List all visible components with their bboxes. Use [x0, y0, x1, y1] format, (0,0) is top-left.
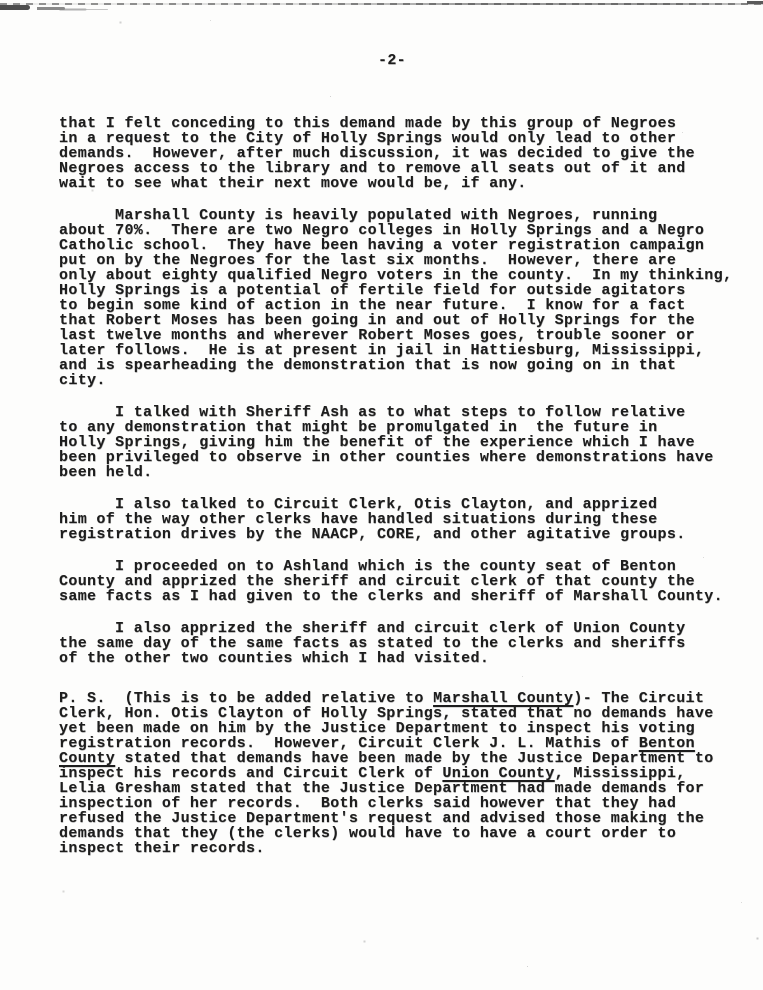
text-line: later follows. He is at present in jail … [59, 343, 759, 358]
text-line: registration records. However, Circuit C… [59, 736, 759, 751]
scan-artifact-topline [0, 3, 763, 5]
text-line: city. [59, 373, 759, 388]
text-line: County stated that demands have been mad… [59, 751, 759, 766]
scanned-document-page: -2- that I felt conceding to this demand… [0, 0, 763, 990]
text-line: I also apprized the sheriff and circuit … [59, 621, 759, 636]
page-number: -2- [59, 53, 725, 68]
text-line: the same day of the same facts as stated… [59, 636, 759, 651]
text-segment: city. [59, 372, 106, 389]
text-line: I talked with Sheriff Ash as to what ste… [59, 405, 759, 420]
text-line: Clerk, Hon. Otis Clayton of Holly Spring… [59, 706, 759, 721]
document-body: that I felt conceding to this demand mad… [59, 116, 759, 873]
text-line: to any demonstration that might be promu… [59, 420, 759, 435]
text-line: Lelia Gresham stated that the Justice De… [59, 781, 759, 796]
text-line: demands that they (the clerks) would hav… [59, 826, 759, 841]
paragraph: I talked with Sheriff Ash as to what ste… [59, 405, 759, 480]
paragraph: I also apprized the sheriff and circuit … [59, 621, 759, 666]
text-line: Negroes access to the library and to rem… [59, 161, 759, 176]
paragraph: I proceeded on to Ashland which is the c… [59, 559, 759, 604]
text-line: in a request to the City of Holly Spring… [59, 131, 759, 146]
paragraph: Marshall County is heavily populated wit… [59, 208, 759, 388]
text-line: of the other two counties which I had vi… [59, 651, 759, 666]
text-segment: been privileged to observe in other coun… [59, 449, 714, 466]
text-line: registration drives by the NAACP, CORE, … [59, 527, 759, 542]
text-line: him of the way other clerks have handled… [59, 512, 759, 527]
text-segment: wait to see what their next move would b… [59, 175, 527, 192]
paragraph: P. S. (This is to be added relative to M… [59, 691, 759, 856]
text-line: refused the Justice Department's request… [59, 811, 759, 826]
text-segment: inspect their records. [59, 840, 265, 857]
text-segment: and is spearheading the demonstration th… [59, 357, 676, 374]
text-line: same facts as I had given to the clerks … [59, 589, 759, 604]
text-line: yet been made on him by the Justice Depa… [59, 721, 759, 736]
text-line: Holly Springs is a potential of fertile … [59, 283, 759, 298]
text-line: only about eighty qualified Negro voters… [59, 268, 759, 283]
text-segment: same facts as I had given to the clerks … [59, 588, 723, 605]
text-line: inspect his records and Circuit Clerk of… [59, 766, 759, 781]
text-line: last twelve months and wherever Robert M… [59, 328, 759, 343]
text-line: and is spearheading the demonstration th… [59, 358, 759, 373]
text-line: demands. However, after much discussion,… [59, 146, 759, 161]
text-segment: registration drives by the NAACP, CORE, … [59, 526, 686, 543]
text-line: been held. [59, 465, 759, 480]
scan-artifact-corner-mark [747, 1, 763, 4]
text-line: about 70%. There are two Negro colleges … [59, 223, 759, 238]
scan-artifact-smudge [0, 5, 30, 10]
text-line: that I felt conceding to this demand mad… [59, 116, 759, 131]
text-line: wait to see what their next move would b… [59, 176, 759, 191]
text-line: P. S. (This is to be added relative to M… [59, 691, 759, 706]
text-line: inspection of her records. Both clerks s… [59, 796, 759, 811]
paragraph: that I felt conceding to this demand mad… [59, 116, 759, 191]
text-segment: of the other two counties which I had vi… [59, 650, 489, 667]
text-line: inspect their records. [59, 841, 759, 856]
text-segment: been held. [59, 464, 153, 481]
text-line: been privileged to observe in other coun… [59, 450, 759, 465]
text-line: I also talked to Circuit Clerk, Otis Cla… [59, 497, 759, 512]
text-line: put on by the Negroes for the last six m… [59, 253, 759, 268]
text-line: to begin some kind of action in the near… [59, 298, 759, 313]
text-line: Holly Springs, giving him the benefit of… [59, 435, 759, 450]
text-line: that Robert Moses has been going in and … [59, 313, 759, 328]
text-line: County and apprized the sheriff and circ… [59, 574, 759, 589]
text-line: I proceeded on to Ashland which is the c… [59, 559, 759, 574]
paragraph: I also talked to Circuit Clerk, Otis Cla… [59, 497, 759, 542]
text-line: Marshall County is heavily populated wit… [59, 208, 759, 223]
text-line: Catholic school. They have been having a… [59, 238, 759, 253]
scan-artifact-speckles [0, 0, 1, 1]
